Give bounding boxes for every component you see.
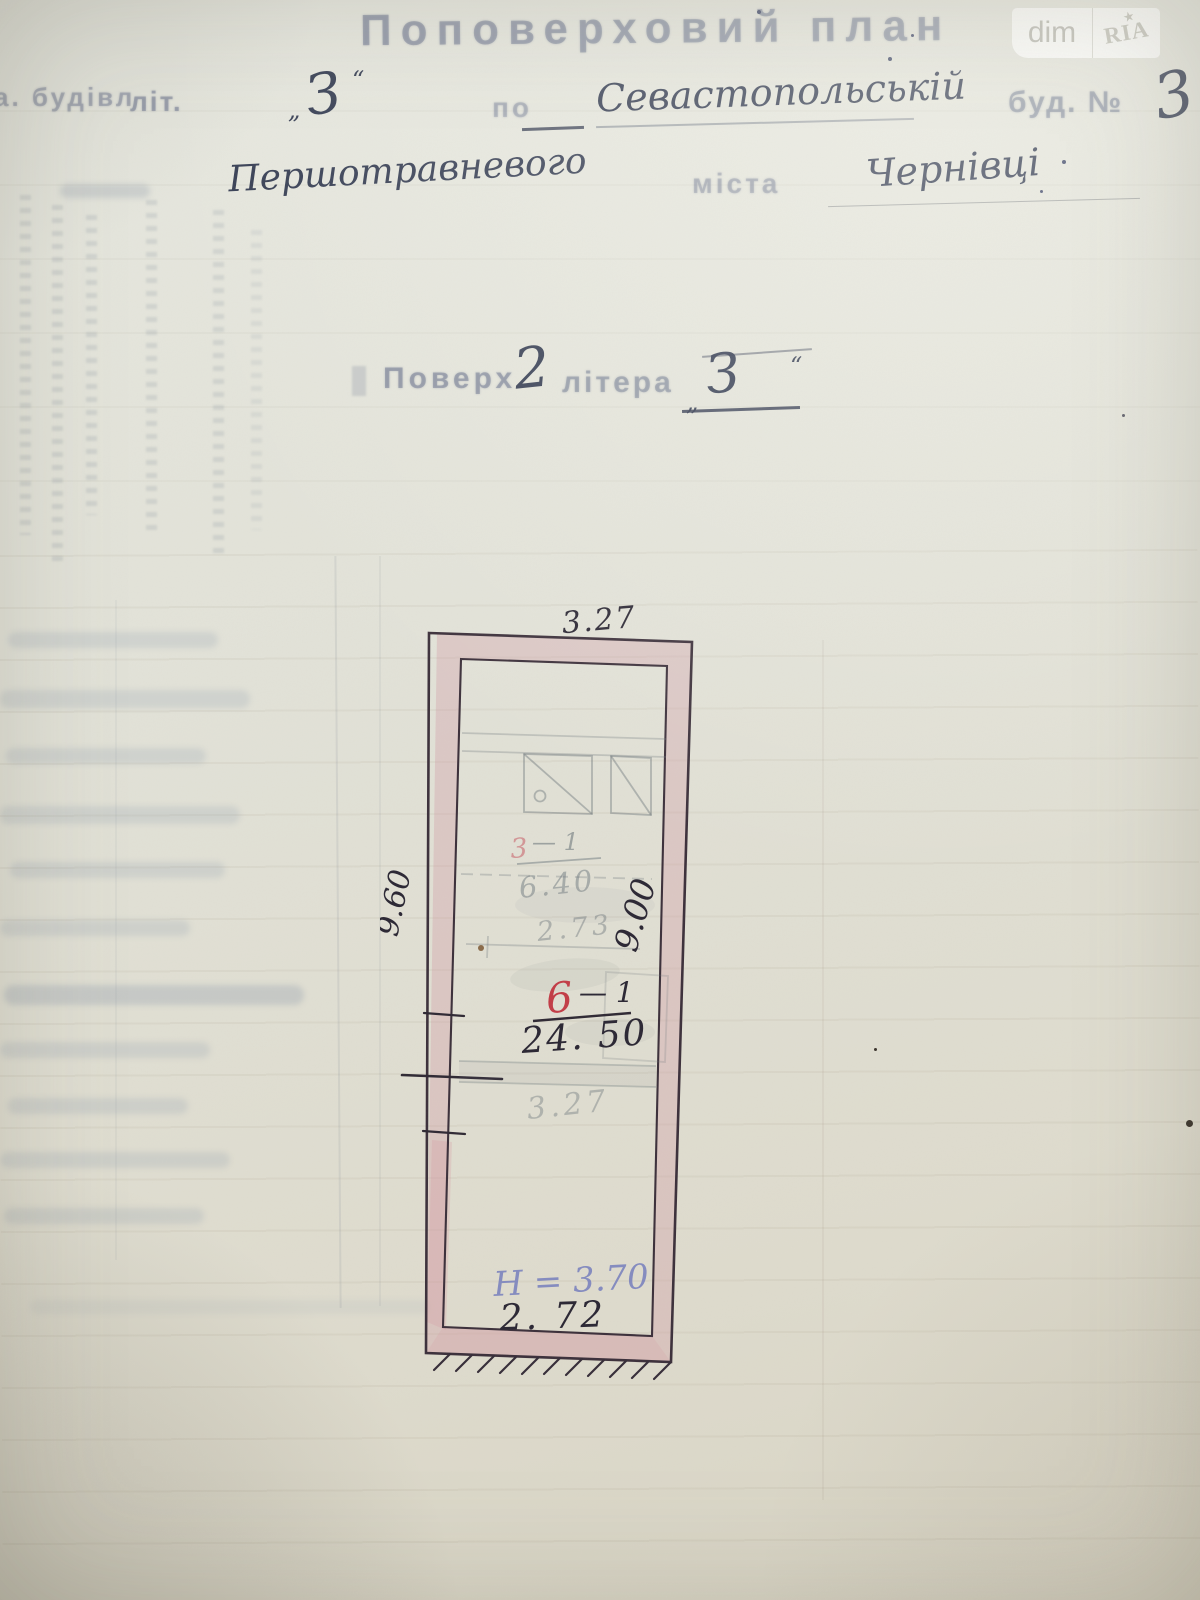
bleedthrough-blob bbox=[0, 1152, 230, 1168]
stamp-fragment bbox=[352, 366, 366, 396]
bleedthrough-blob bbox=[30, 1300, 430, 1314]
bleedthrough-blob bbox=[0, 806, 240, 824]
ink-dash bbox=[522, 126, 584, 131]
letter-underline bbox=[682, 406, 800, 413]
handwritten-floor-number: 2 bbox=[511, 334, 553, 402]
paper-stain bbox=[1186, 1120, 1193, 1127]
street-underline bbox=[596, 118, 914, 128]
handwritten-street: Севастопольській bbox=[595, 64, 966, 121]
quote-open: „ bbox=[288, 96, 300, 124]
bleedthrough-blob bbox=[60, 184, 150, 198]
stamp-budivlia-label: а. будівл bbox=[0, 82, 135, 113]
dimension-top: 3.27 bbox=[560, 600, 638, 641]
ink-speck bbox=[1122, 414, 1125, 417]
sink-drain bbox=[535, 791, 546, 802]
bleedthrough-blob bbox=[8, 1098, 188, 1114]
bleedthrough-blob bbox=[6, 748, 206, 764]
bleedthrough-blob bbox=[0, 1042, 210, 1058]
stamp-mista-label: міста bbox=[692, 168, 780, 200]
bleedthrough-column-text bbox=[52, 205, 63, 565]
dim-label: dim bbox=[1012, 8, 1093, 58]
ria-logo: ★ RIA bbox=[1093, 8, 1160, 58]
ink-speck bbox=[1062, 160, 1066, 164]
page-title-stamp: Поповерховий план bbox=[360, 2, 880, 57]
ria-label: RIA bbox=[1102, 16, 1151, 49]
upper-room-number-suffix: — 1 bbox=[532, 828, 579, 856]
stamp-poverkh-label: Поверх bbox=[383, 362, 516, 396]
stamp-lit-label: літ. bbox=[130, 86, 183, 118]
city-underline bbox=[828, 198, 1140, 207]
bleedthrough-blob bbox=[0, 920, 190, 936]
handwritten-city: Чернівці bbox=[865, 140, 1042, 196]
ink-speck bbox=[911, 34, 914, 37]
handwritten-district: Першотравневого bbox=[227, 141, 587, 201]
bleedthrough-column-text bbox=[86, 215, 97, 515]
floor-plan-drawing: 3.27 9.60 9.00 3 — 1 6.40 2.73 6 — 1 24.… bbox=[380, 588, 725, 1394]
quote-close: “ bbox=[790, 352, 802, 380]
bleedthrough-table-line bbox=[822, 640, 824, 1500]
main-room-width-faded: 3.27 bbox=[525, 1083, 611, 1126]
paper-stain bbox=[478, 945, 484, 951]
ink-speck bbox=[1040, 190, 1043, 193]
scanned-floor-plan-document: Поповерховий план а. будівл літ. „ З “ п… bbox=[0, 0, 1200, 1600]
ink-speck bbox=[757, 10, 761, 14]
upper-room-number-red: 3 bbox=[509, 833, 528, 865]
bleedthrough-blob bbox=[4, 985, 304, 1005]
handwritten-house-number: 3 bbox=[1147, 55, 1200, 135]
quote-close: “ bbox=[352, 66, 364, 94]
ink-speck bbox=[874, 1048, 877, 1051]
stamp-litera-label: літера bbox=[562, 366, 674, 400]
bleedthrough-blob bbox=[8, 632, 218, 648]
main-room-number-suffix: — 1 bbox=[579, 976, 634, 1009]
dimension-right: 9.00 bbox=[606, 874, 664, 955]
bleedthrough-blob bbox=[10, 862, 225, 878]
upper-room-width: 2.73 bbox=[534, 909, 614, 948]
bleedthrough-blob bbox=[4, 1208, 204, 1224]
bleedthrough-column-text bbox=[20, 195, 31, 535]
stamp-po-label: по bbox=[492, 92, 532, 124]
handwritten-floor-letter: З bbox=[703, 341, 742, 407]
bleedthrough-blob bbox=[0, 690, 250, 708]
handwritten-building-letter: З bbox=[302, 60, 346, 129]
main-room-area: 24. 50 bbox=[519, 1012, 649, 1062]
bleedthrough-column-text bbox=[251, 230, 262, 530]
dimension-bottom: 2. 72 bbox=[498, 1294, 607, 1339]
bleedthrough-column-text bbox=[146, 200, 157, 535]
dim-ria-watermark: dim ★ RIA bbox=[1012, 8, 1160, 58]
main-room-number-red: 6 bbox=[544, 972, 574, 1023]
bleedthrough-table-line bbox=[334, 556, 341, 1308]
bleedthrough-column-text bbox=[213, 210, 224, 560]
stamp-bud-no-label: буд. № bbox=[1008, 86, 1123, 120]
dimension-left: 9.60 bbox=[380, 867, 419, 940]
ink-speck bbox=[888, 57, 892, 61]
